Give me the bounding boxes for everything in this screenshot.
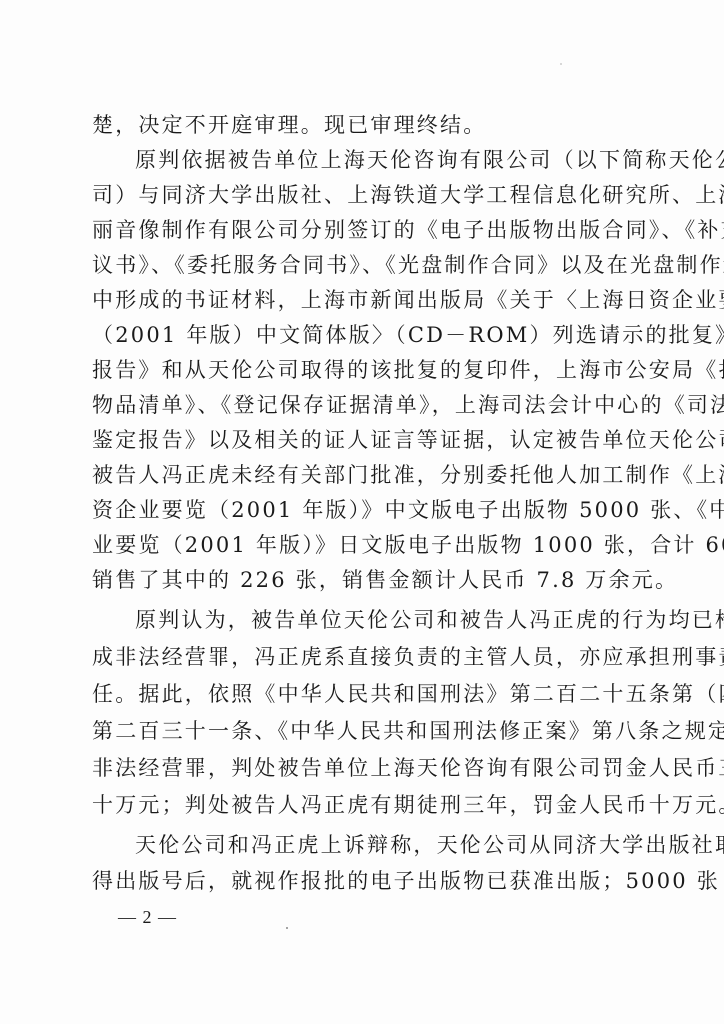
text-line: 丽音像制作有限公司分别签订的《电子出版物出版合同》、《补充协 (92, 215, 644, 245)
text-line: 被告人冯正虎未经有关部门批准，分别委托他人加工制作《上海日 (92, 460, 644, 490)
text-line: 司）与同济大学出版社、上海铁道大学工程信息化研究所、上海东 (92, 180, 644, 210)
paragraph-start-line: 天伦公司和冯正虎上诉辩称，天伦公司从同济大学出版社取 (135, 830, 644, 860)
text-line: 楚，决定不开庭审理。现已审理终结。 (92, 110, 644, 140)
text-line: 业要览（2001 年版）》日文版电子出版物 1000 张，合计 6000 张，并 (92, 530, 644, 560)
scan-speck (286, 927, 288, 929)
text-line: 得出版号后，就视作报批的电子出版物已获准出版；5000 张《上海 (92, 866, 644, 896)
text-line: 销售了其中的 226 张，销售金额计人民币 7.8 万余元。 (92, 565, 644, 595)
text-line: 物品清单》、《登记保存证据清单》，上海司法会计中心的《司法会计 (92, 390, 644, 420)
paragraph-start-line: 原判认为，被告单位天伦公司和被告人冯正虎的行为均已构 (135, 605, 644, 635)
text-line: 成非法经营罪，冯正虎系直接负责的主管人员，亦应承担刑事责 (92, 642, 644, 672)
text-line: （2001 年版）中文简体版〉（CD－ROM）列选请示的批复》、《鉴定 (92, 320, 644, 350)
document-page: 楚，决定不开庭审理。现已审理终结。 原判依据被告单位上海天伦咨询有限公司（以下简… (0, 0, 724, 1024)
text-line: 第二百三十一条、《中华人民共和国刑法修正案》第八条之规定，以 (92, 716, 644, 746)
text-line: 任。据此，依照《中华人民共和国刑法》第二百二十五条第（四）项、 (92, 679, 644, 709)
paragraph-start-line: 原判依据被告单位上海天伦咨询有限公司（以下简称天伦公 (135, 145, 644, 175)
text-line: 非法经营罪，判处被告单位上海天伦咨询有限公司罚金人民币三 (92, 753, 644, 783)
page-number: — 2 — (118, 905, 177, 929)
text-line: 十万元；判处被告人冯正虎有期徒刑三年，罚金人民币十万元。 (92, 790, 644, 820)
text-line: 鉴定报告》以及相关的证人证言等证据，认定被告单位天伦公司和 (92, 425, 644, 455)
text-line: 资企业要览（2001 年版）》中文版电子出版物 5000 张、《中国日系企 (92, 495, 644, 525)
text-line: 报告》和从天伦公司取得的该批复的复印件，上海市公安局《扣押 (92, 355, 644, 385)
scan-speck (560, 63, 562, 65)
text-line: 中形成的书证材料，上海市新闻出版局《关于〈上海日资企业要览 (92, 285, 644, 315)
text-line: 议书》、《委托服务合同书》、《光盘制作合同》以及在光盘制作过程 (92, 250, 644, 280)
